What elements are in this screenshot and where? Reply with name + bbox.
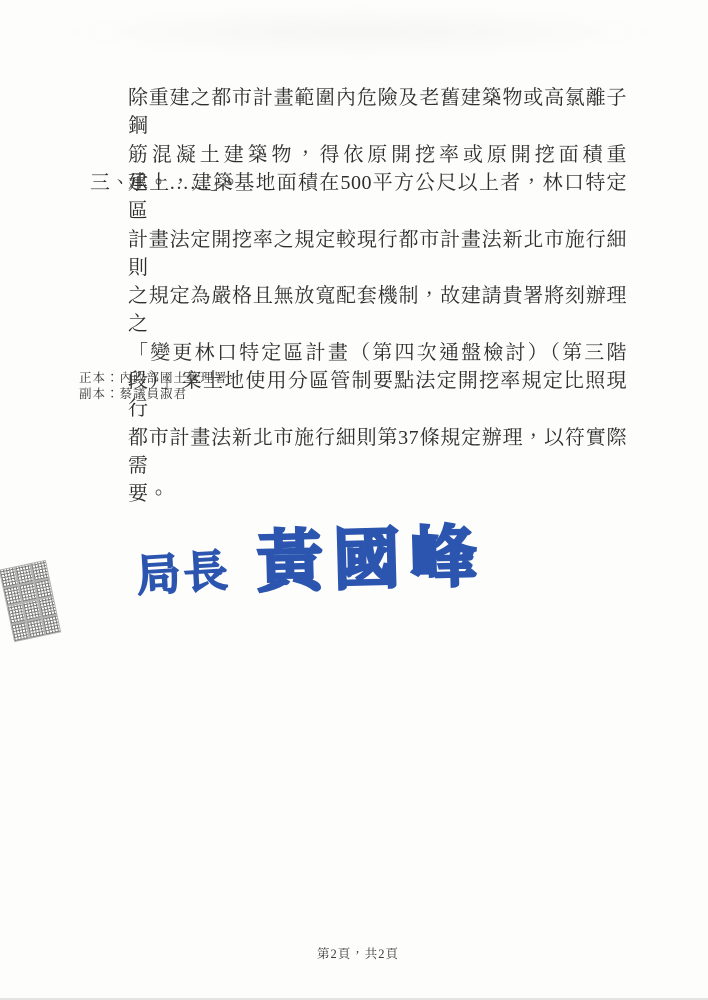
- paragraph-line: 之規定為嚴格且無放寬配套機制，故建請貴署將刻辦理之: [128, 282, 627, 339]
- paragraph-line: 承上，建築基地面積在500平方公尺以上者，林口特定區: [128, 169, 627, 226]
- scanned-letter-page: 除重建之都市計畫範圍內危險及老舊建築物或高氯離子鋼 筋混凝土建築物，得依原開挖率…: [0, 0, 708, 1000]
- distribution-copy: 副本：蔡議員淑君: [79, 387, 228, 403]
- page-number: 第2頁，共2頁: [317, 944, 399, 962]
- paragraph-line: 都市計畫法新北市施行細則第37條規定辦理，以符實際需: [128, 424, 627, 481]
- paragraph-line: 筋混凝土建築物，得依原開挖率或原開挖面積重: [128, 141, 627, 169]
- distribution-list: 正本：內政部國土管理署 副本：蔡議員淑君: [79, 371, 228, 402]
- seal-stamp-icon: [0, 559, 62, 644]
- paragraph-line: 計畫法定開挖率之規定較現行都市計畫法新北市施行細則: [128, 226, 627, 283]
- paragraph-line: 「變更林口特定區計畫（第四次通盤檢討）（第三階: [128, 339, 627, 367]
- distribution-original: 正本：內政部國土管理署: [79, 371, 228, 387]
- signature-name: 黃國峰: [255, 503, 488, 605]
- paragraph-line: 除重建之都市計畫範圍內危險及老舊建築物或高氯離子鋼: [128, 84, 627, 141]
- list-item-three-body: 承上，建築基地面積在500平方公尺以上者，林口特定區 計畫法定開挖率之規定較現行…: [128, 169, 627, 509]
- signature-title: 局長: [134, 535, 232, 605]
- scan-bleedthrough-artifact: [60, 6, 660, 58]
- paragraph-line: 要。: [128, 480, 627, 508]
- signature-block: 局長 黃國峰: [135, 503, 488, 608]
